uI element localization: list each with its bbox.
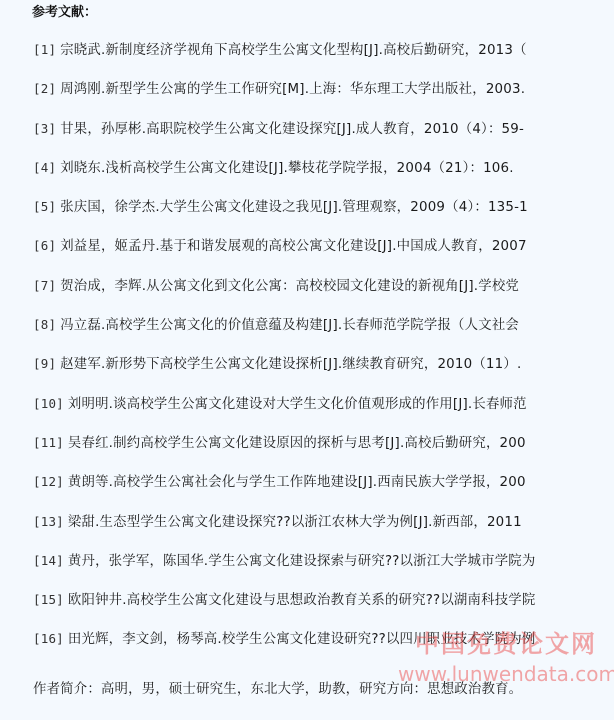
reference-number: [11] <box>33 435 64 450</box>
reference-text: 吴春红.制约高校学生公寓文化建设原因的探析与思考[J].高校后勤研究，200 <box>68 436 526 451</box>
reference-item: [12]黄朗等.高校学生公寓社会化与学生工作阵地建设[J].西南民族大学学报，2… <box>33 472 535 511</box>
reference-item: [16]田光辉，李文剑，杨琴高.校学生公寓文化建设研究??以四川职业技术学院为例 <box>33 629 535 668</box>
author-bio: 作者简介：高明，男，硕士研究生，东北大学，助教，研究方向：思想政治教育。 <box>33 680 522 700</box>
reference-item: [6]刘益星，姬孟丹.基于和谐发展观的高校公寓文化建设[J].中国成人教育，20… <box>33 236 535 275</box>
reference-list: [1]宗晓武.新制度经济学视角下高校学生公寓文化型构[J].高校后勤研究，201… <box>33 40 535 669</box>
reference-item: [1]宗晓武.新制度经济学视角下高校学生公寓文化型构[J].高校后勤研究，201… <box>33 40 535 79</box>
reference-text: 周鸿刚.新型学生公寓的学生工作研究[M].上海：华东理工大学出版社，2003. <box>60 82 525 97</box>
reference-number: [2] <box>33 81 56 96</box>
reference-item: [14]黄丹，张学军，陈国华.学生公寓文化建设探索与研究??以浙江大学城市学院为 <box>33 551 535 590</box>
reference-text: 黄丹，张学军，陈国华.学生公寓文化建设探索与研究??以浙江大学城市学院为 <box>68 554 536 569</box>
reference-item: [10]刘明明.谈高校学生公寓文化建设对大学生文化价值观形成的作用[J].长春师… <box>33 394 535 433</box>
reference-number: [5] <box>33 199 56 214</box>
reference-text: 刘晓东.浅析高校学生公寓文化建设[J].攀枝花学院学报，2004（21）：106… <box>60 161 514 176</box>
reference-text: 贺治成，李辉.从公寓文化到文化公寓：高校校园文化建设的新视角[J].学校党 <box>60 279 519 294</box>
reference-item: [2]周鸿刚.新型学生公寓的学生工作研究[M].上海：华东理工大学出版社，200… <box>33 79 535 118</box>
reference-number: [6] <box>33 238 56 253</box>
reference-number: [16] <box>33 631 64 646</box>
references-heading: 参考文献： <box>32 4 97 22</box>
reference-text: 赵建军.新形势下高校学生公寓文化建设探析[J].继续教育研究，2010（11）. <box>60 357 521 372</box>
reference-text: 欧阳钟井.高校学生公寓文化建设与思想政治教育关系的研究??以湖南科技学院 <box>68 593 536 608</box>
reference-item: [8]冯立磊.高校学生公寓文化的价值意蕴及构建[J].长春师范学院学报（人文社会 <box>33 315 535 354</box>
reference-number: [14] <box>33 553 64 568</box>
reference-text: 梁甜.生态型学生公寓文化建设探究??以浙江农林大学为例[J].新西部，2011 <box>68 515 522 530</box>
reference-text: 黄朗等.高校学生公寓社会化与学生工作阵地建设[J].西南民族大学学报，200 <box>68 475 526 490</box>
reference-text: 宗晓武.新制度经济学视角下高校学生公寓文化型构[J].高校后勤研究，2013（ <box>60 43 527 58</box>
reference-text: 刘益星，姬孟丹.基于和谐发展观的高校公寓文化建设[J].中国成人教育，2007 <box>60 239 527 254</box>
reference-item: [9]赵建军.新形势下高校学生公寓文化建设探析[J].继续教育研究，2010（1… <box>33 354 535 393</box>
reference-number: [8] <box>33 317 56 332</box>
reference-text: 田光辉，李文剑，杨琴高.校学生公寓文化建设研究??以四川职业技术学院为例 <box>68 632 536 647</box>
reference-item: [5]张庆国，徐学杰.大学生公寓文化建设之我见[J].管理观察，2009（4）：… <box>33 197 535 236</box>
reference-text: 刘明明.谈高校学生公寓文化建设对大学生文化价值观形成的作用[J].长春师范 <box>68 397 527 412</box>
reference-number: [12] <box>33 474 64 489</box>
reference-item: [7]贺治成，李辉.从公寓文化到文化公寓：高校校园文化建设的新视角[J].学校党 <box>33 276 535 315</box>
reference-item: [11]吴春红.制约高校学生公寓文化建设原因的探析与思考[J].高校后勤研究，2… <box>33 433 535 472</box>
reference-item: [4]刘晓东.浅析高校学生公寓文化建设[J].攀枝花学院学报，2004（21）：… <box>33 158 535 197</box>
reference-item: [13]梁甜.生态型学生公寓文化建设探究??以浙江农林大学为例[J].新西部，2… <box>33 512 535 551</box>
reference-number: [7] <box>33 278 56 293</box>
reference-text: 冯立磊.高校学生公寓文化的价值意蕴及构建[J].长春师范学院学报（人文社会 <box>60 318 519 333</box>
reference-number: [4] <box>33 160 56 175</box>
reference-number: [13] <box>33 514 64 529</box>
reference-text: 甘果，孙厚彬.高职院校学生公寓文化建设探究[J].成人教育，2010（4）：59… <box>60 122 524 137</box>
reference-number: [3] <box>33 121 56 136</box>
reference-text: 张庆国，徐学杰.大学生公寓文化建设之我见[J].管理观察，2009（4）：135… <box>60 200 528 215</box>
reference-number: [15] <box>33 592 64 607</box>
reference-number: [10] <box>33 396 64 411</box>
reference-number: [9] <box>33 356 56 371</box>
reference-item: [3]甘果，孙厚彬.高职院校学生公寓文化建设探究[J].成人教育，2010（4）… <box>33 119 535 158</box>
reference-number: [1] <box>33 42 56 57</box>
reference-item: [15]欧阳钟井.高校学生公寓文化建设与思想政治教育关系的研究??以湖南科技学院 <box>33 590 535 629</box>
